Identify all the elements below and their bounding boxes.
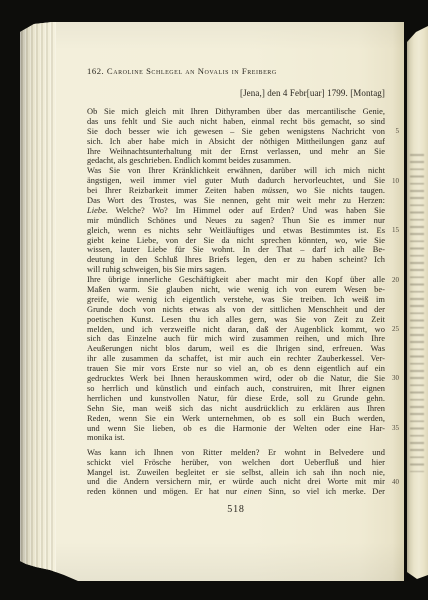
text-line: Was Sie von Ihrer Kränklichkeit erwähnen…: [87, 166, 385, 176]
margin-line-number: 35: [392, 425, 399, 432]
text-line: herrlichen und kunstvollen Natur, für di…: [87, 394, 385, 404]
text-line: melden, und ich verzweifle nicht daran, …: [87, 325, 385, 335]
text-line: Was kann ich Ihnen von Ritter melden? Er…: [87, 448, 385, 458]
text-line: sich das Einzelne auch für mich wird zus…: [87, 334, 385, 344]
page-edge-stack: [20, 22, 56, 581]
text-line: deutung in den Schluß Ihres Briefs legen…: [87, 255, 385, 265]
book-page: 162. Caroline Schlegel an Novalis in Fre…: [20, 22, 404, 581]
margin-line-number: 15: [392, 227, 399, 234]
text-line: schickt viel Frösche herüber, von welche…: [87, 458, 385, 468]
facing-page-sliver: [407, 26, 428, 579]
text-line: und wenn Sie lieben, ob es die Harmonie …: [87, 424, 385, 434]
text-line: Reden, wenn Sie ein Werk unternehmen, ob…: [87, 414, 385, 424]
text-line: will ruhig schweigen, bis Sie mirs sagen…: [87, 265, 385, 275]
text-line: gedrucktes Werk bei Ihnen herauskommen w…: [87, 374, 385, 384]
letter-dateline: [Jena,] den 4 Febr[uar] 1799. [Montag]: [87, 88, 385, 98]
text-line: so herrlich und künstlich und einfach au…: [87, 384, 385, 394]
text-line: bei Ihrer Reizbarkeit immer Zeiten haben…: [87, 186, 385, 196]
text-line: Ihre Weihnachtsunterhaltung mit der Erns…: [87, 147, 385, 157]
text-line: Maßen warm. Sie glauben nicht, wie wenig…: [87, 285, 385, 295]
text-line: gleich, wenn es nichts sehr Weitläuftige…: [87, 226, 385, 236]
letter-text-block: 162. Caroline Schlegel an Novalis in Fre…: [87, 66, 385, 497]
page-number: 518: [87, 504, 385, 515]
text-line: greife, wie wenig ich eigentlich versteh…: [87, 295, 385, 305]
text-line: monika ist.: [87, 433, 385, 443]
letter-header: 162. Caroline Schlegel an Novalis in Fre…: [87, 66, 385, 76]
text-line: gedacht, als geschrieben. Endlich kommt …: [87, 156, 385, 166]
ghost-text-lines: [410, 154, 424, 472]
text-line: poetischen Kunst. Lesen thu ich alles ge…: [87, 315, 385, 325]
book-photo: 162. Caroline Schlegel an Novalis in Fre…: [0, 0, 428, 600]
letter-body: Ob Sie mich gleich mit Ihren Dithyramben…: [87, 107, 385, 497]
text-line: Ihre übrige innerliche Geschäftigkeit ab…: [87, 275, 385, 285]
text-line: sich. Ich aber habe mich in Absicht der …: [87, 137, 385, 147]
text-line: wissen, lauter Liebe für Sie wohnt. In d…: [87, 245, 385, 255]
text-line: reden können und mögen. Er hat nur einen…: [87, 487, 385, 497]
text-line: Das Wort des Trostes, was Sie nennen, ge…: [87, 196, 385, 206]
text-line: Ob Sie mich gleich mit Ihren Dithyramben…: [87, 107, 385, 117]
margin-line-number: 30: [392, 375, 399, 382]
text-line: Sehn Sie, man weiß sich das nicht ausdrü…: [87, 404, 385, 414]
text-line: Sie doch besser wie ich gewesen – Sie ge…: [87, 127, 385, 137]
text-line: Mangel ist. Zuweilen begleitet er sie se…: [87, 468, 385, 478]
text-line: Grunde doch von nichts etwas als von der…: [87, 305, 385, 315]
text-line: das uns fehlt und Sie auch nicht haben, …: [87, 117, 385, 127]
text-line: ihr alle zusammen da schaffet, ist mir a…: [87, 354, 385, 364]
margin-line-number: 10: [392, 178, 399, 185]
margin-line-number: 5: [396, 128, 400, 135]
margin-line-number: 25: [392, 326, 399, 333]
margin-line-number: 40: [392, 479, 399, 486]
text-line: Liebe. Welche? Wo? Im Himmel oder auf Er…: [87, 206, 385, 216]
text-line: giebt keine Liebe, von der Sie da nicht …: [87, 236, 385, 246]
text-line: mir mündlich Schönes und Neues zu sagen?…: [87, 216, 385, 226]
text-line: trauen Sie mir vors Erste nur so viel an…: [87, 364, 385, 374]
text-line: ängstigen, weil immer viel guter Muth da…: [87, 176, 385, 186]
margin-line-number: 20: [392, 277, 399, 284]
text-line: und die Andern versichern mir, er würde …: [87, 477, 385, 487]
text-line: Aeußerungen nicht blos darum, weil es di…: [87, 344, 385, 354]
